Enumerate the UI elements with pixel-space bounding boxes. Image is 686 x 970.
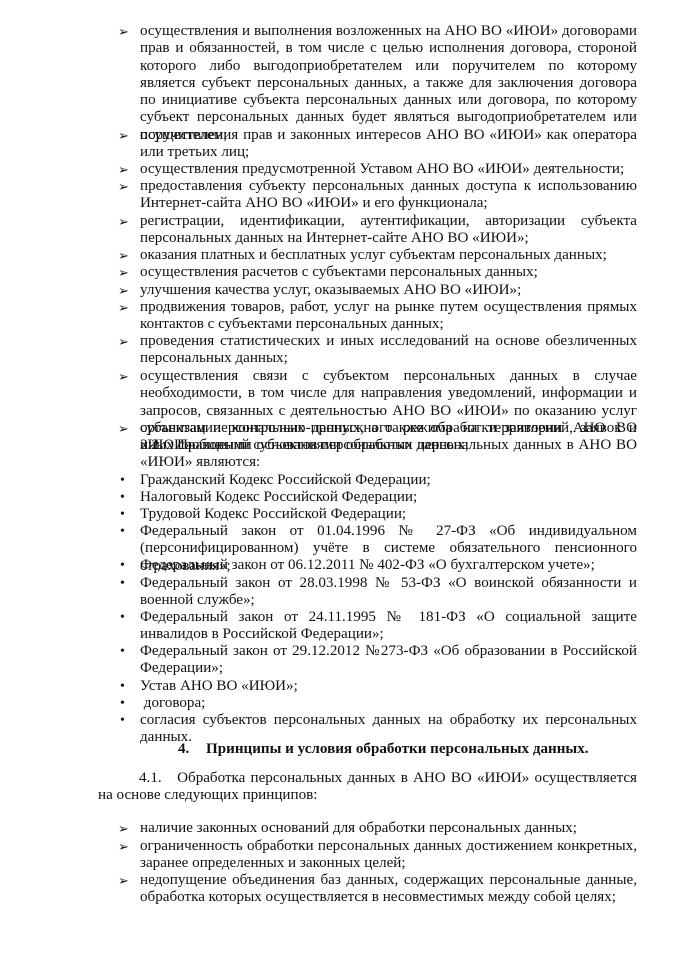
list-item: ➢осуществления и выполнения возложенных …	[140, 23, 637, 144]
dot-bullet-icon: •	[120, 695, 125, 712]
clause-number: 4.1.	[139, 770, 162, 786]
list-item: ➢осуществления прав и законных интересов…	[140, 127, 637, 162]
list-item: ➢оказания платных и бесплатных услуг суб…	[140, 247, 637, 264]
arrow-bullet-icon: ➢	[118, 264, 129, 281]
arrow-bullet-icon: ➢	[118, 282, 129, 299]
arrow-bullet-icon: ➢	[118, 161, 129, 178]
list-item: •Устав АНО ВО «ИЮИ»;	[140, 678, 637, 695]
list-item: ➢наличие законных оснований для обработк…	[140, 820, 637, 837]
list-item: •Трудовой Кодекс Российской Федерации;	[140, 506, 637, 523]
clause-text: Обработка персональных данных в АНО ВО «…	[98, 770, 637, 803]
list-item: ➢ограниченность обработки персональных д…	[140, 838, 637, 873]
arrow-bullet-icon: ➢	[118, 213, 129, 230]
arrow-bullet-icon: ➢	[118, 820, 129, 837]
arrow-bullet-icon: ➢	[118, 368, 129, 385]
dot-bullet-icon: •	[120, 472, 125, 489]
section-title: Принципы и условия обработки персональны…	[206, 741, 589, 757]
arrow-bullet-icon: ➢	[118, 127, 129, 144]
clause-number: 3.2.	[140, 437, 163, 454]
list-item: ➢регистрации, идентификации, аутентифика…	[140, 213, 637, 248]
section-number: 4.	[178, 741, 206, 758]
arrow-bullet-icon: ➢	[118, 299, 129, 316]
dot-bullet-icon: •	[120, 523, 125, 540]
list-item: ➢осуществления расчетов с субъектами пер…	[140, 264, 637, 281]
dot-bullet-icon: •	[120, 678, 125, 695]
arrow-bullet-icon: ➢	[118, 247, 129, 264]
arrow-bullet-icon: ➢	[118, 333, 129, 350]
list-item: •Федеральный закон от 28.03.1998 № 53-ФЗ…	[140, 575, 637, 610]
dot-bullet-icon: •	[120, 489, 125, 506]
arrow-bullet-icon: ➢	[118, 178, 129, 195]
list-item: •Налоговый Кодекс Российской Федерации;	[140, 489, 637, 506]
dot-bullet-icon: •	[120, 506, 125, 523]
dot-bullet-icon: •	[120, 575, 125, 592]
list-item: ➢продвижения товаров, работ, услуг на ры…	[140, 299, 637, 334]
list-item: ➢осуществления предусмотренной Уставом А…	[140, 161, 637, 178]
dot-bullet-icon: •	[120, 712, 125, 729]
clause-3-2: 3.2. Правовыми основаниями обработки пер…	[140, 437, 637, 472]
list-item: •Федеральный закон от 24.11.1995 № 181-Ф…	[140, 609, 637, 644]
dot-bullet-icon: •	[120, 557, 125, 574]
arrow-bullet-icon: ➢	[118, 420, 129, 437]
clause-4-1: 4.1. Обработка персональных данных в АНО…	[98, 770, 637, 805]
list-item: ➢улучшения качества услуг, оказываемых А…	[140, 282, 637, 299]
document-page: ➢осуществления и выполнения возложенных …	[0, 0, 686, 970]
arrow-bullet-icon: ➢	[118, 23, 129, 40]
list-item: ➢предоставления субъекту персональных да…	[140, 178, 637, 213]
list-item: •Федеральный закон от 29.12.2012 №273-ФЗ…	[140, 643, 637, 678]
section-heading: 4.Принципы и условия обработки персональ…	[178, 741, 589, 758]
dot-bullet-icon: •	[120, 643, 125, 660]
dot-bullet-icon: •	[120, 609, 125, 626]
list-item: • договора;	[140, 695, 637, 712]
list-item: ➢недопущение объединения баз данных, сод…	[140, 872, 637, 907]
clause-text: Правовыми основаниями обработки персонал…	[140, 437, 637, 470]
list-item: ➢проведения статистических и иных исслед…	[140, 333, 637, 368]
arrow-bullet-icon: ➢	[118, 838, 129, 855]
list-item: •Федеральный закон от 06.12.2011 № 402-Ф…	[140, 557, 637, 574]
list-item: •Гражданский Кодекс Российской Федерации…	[140, 472, 637, 489]
arrow-bullet-icon: ➢	[118, 872, 129, 889]
